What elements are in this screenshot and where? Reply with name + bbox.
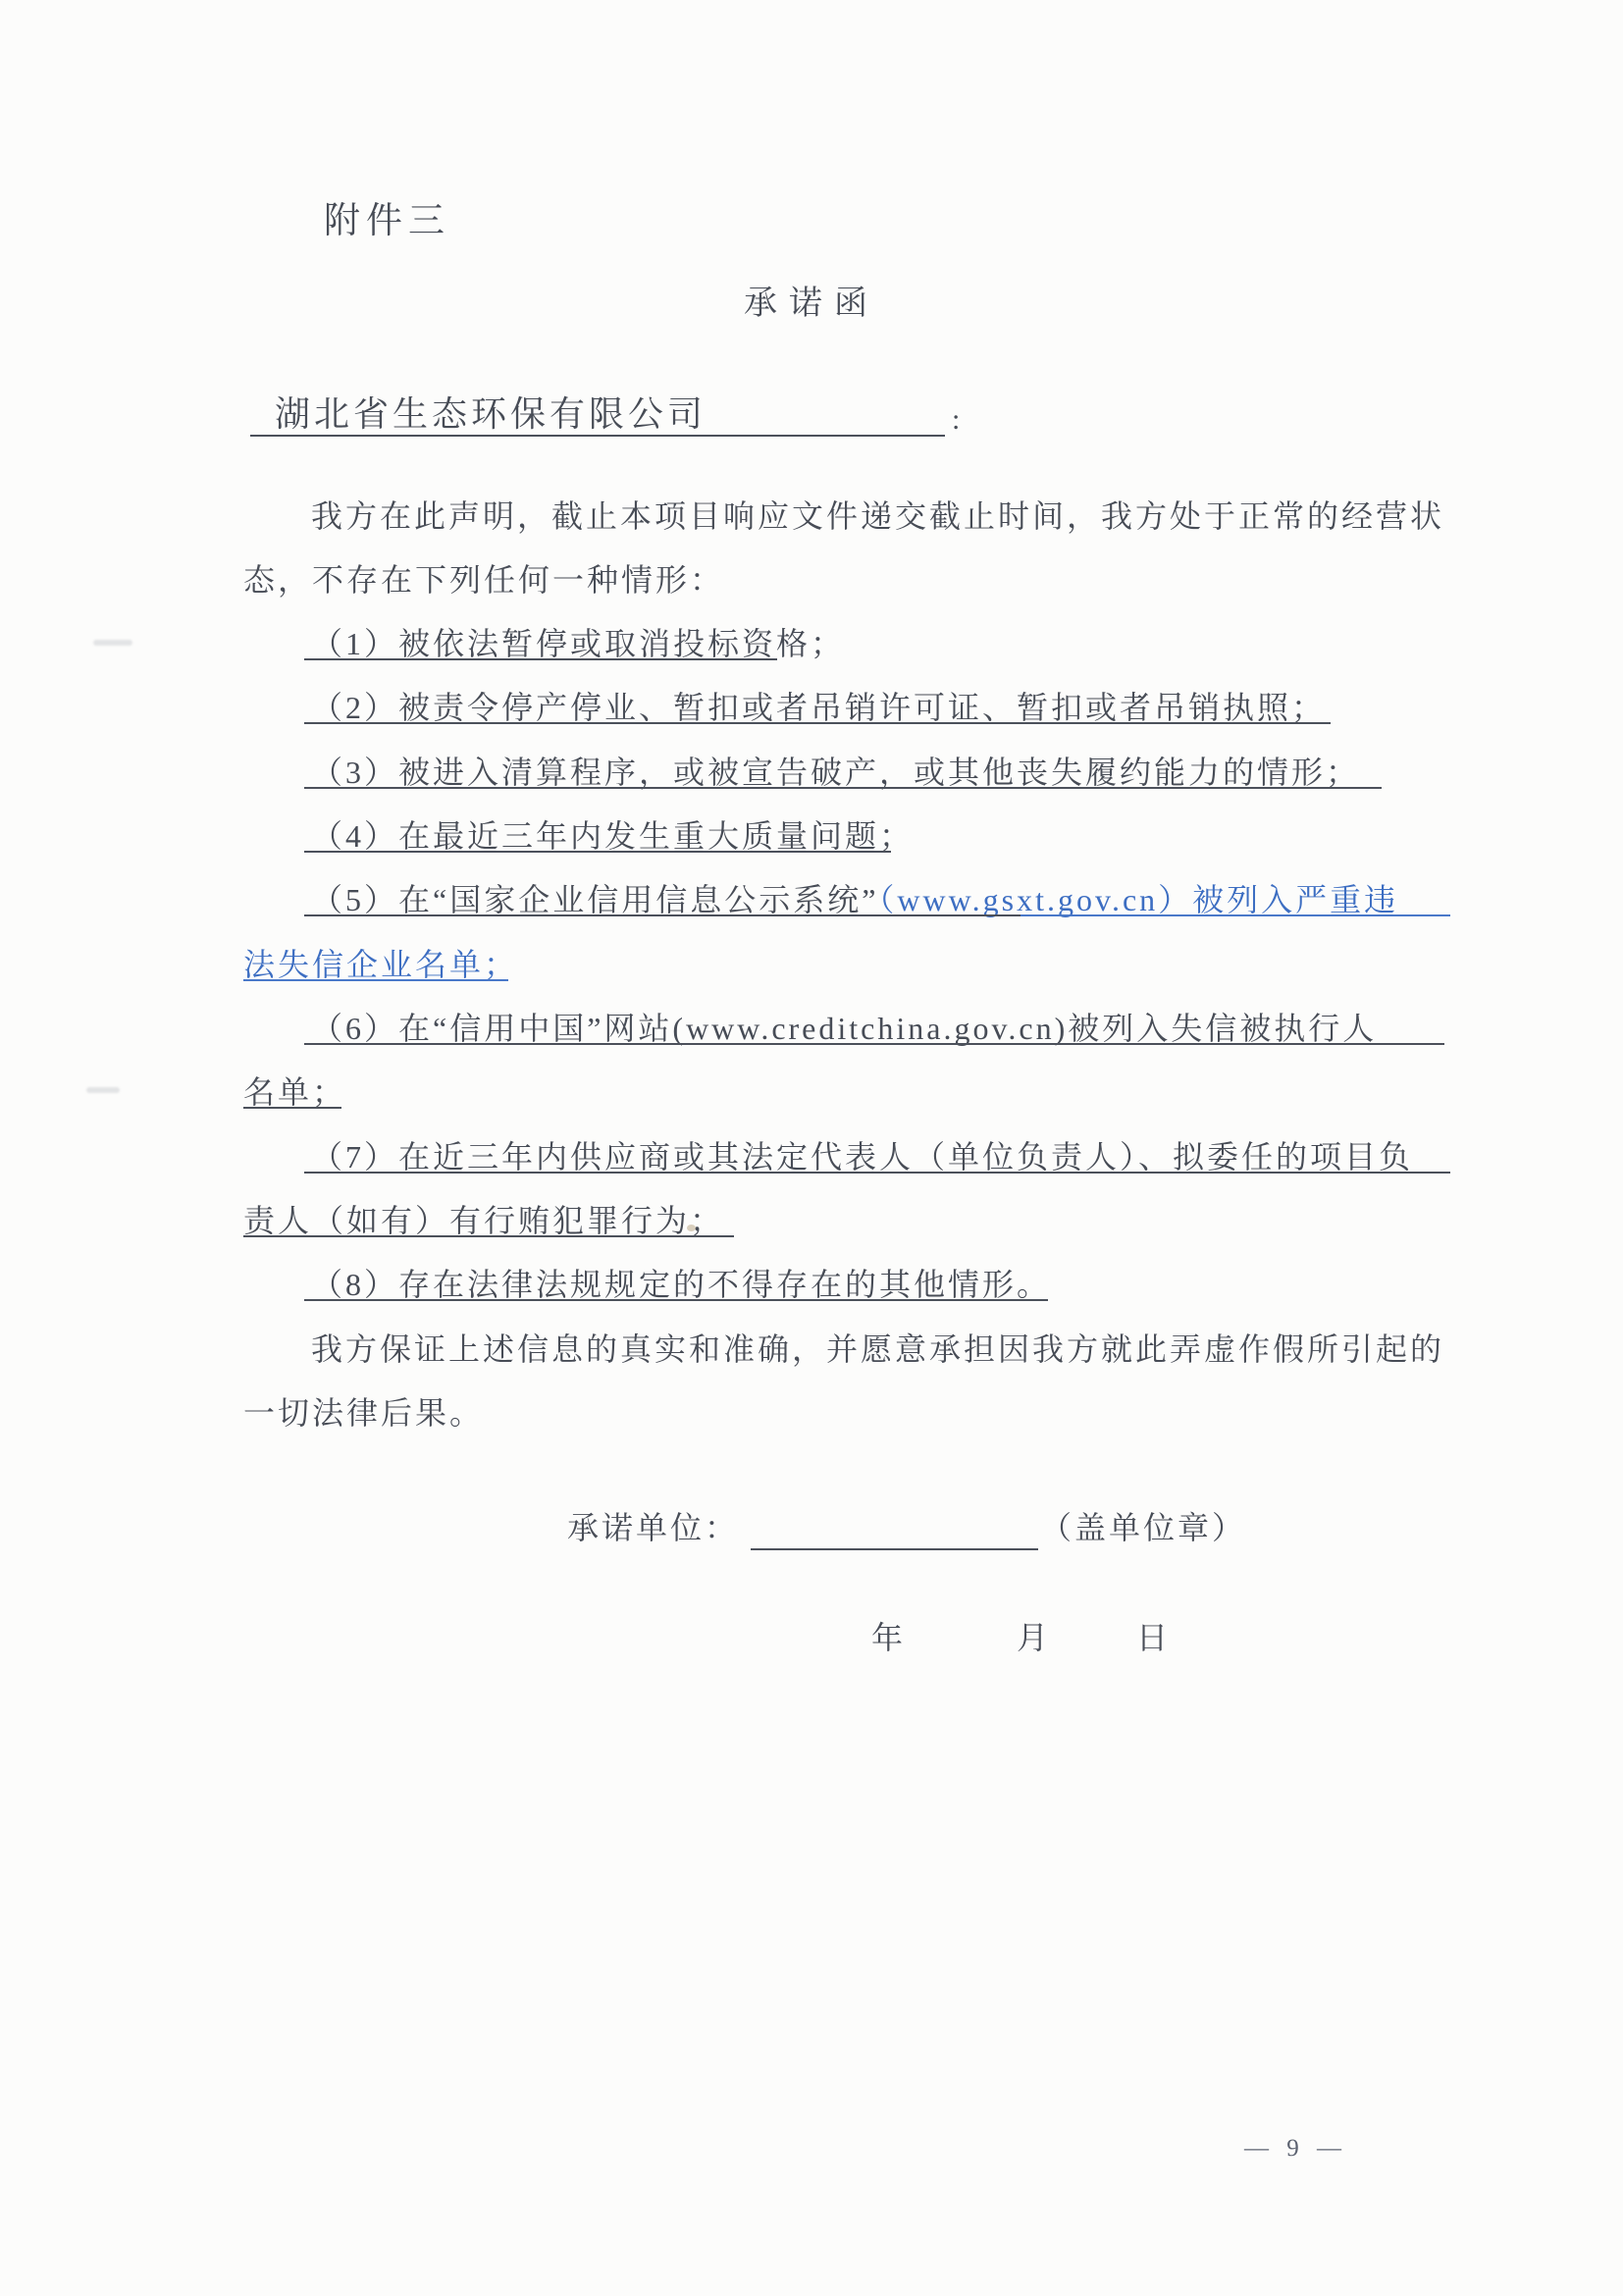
condition-7-line2-underline <box>243 1235 734 1237</box>
condition-5-line2-underline <box>243 979 508 981</box>
signature-unit-label: 承诺单位： <box>567 1510 739 1545</box>
signature-blank-underline <box>751 1548 1038 1550</box>
condition-8: （8）存在法律法规规定的不得存在的其他情形。 <box>311 1267 1051 1302</box>
date-month-label: 月 <box>1017 1620 1051 1655</box>
condition-5-underline-blue <box>1021 914 1450 916</box>
condition-3: （3）被进入清算程序，或被宣告破产，或其他丧失履约能力的情形； <box>311 755 1360 790</box>
condition-6-underline <box>304 1043 1444 1045</box>
condition-3-underline <box>304 787 1382 789</box>
company-name-underline <box>250 435 945 437</box>
condition-2: （2）被责令停产停业、暂扣或者吊销许可证、暂扣或者吊销执照； <box>311 690 1326 725</box>
scanned-document-page: 附件三 承诺函 湖北省生态环保有限公司 : 我方在此声明，截止本项目响应文件递交… <box>0 0 1623 2296</box>
closing-line-1: 我方保证上述信息的真实和准确，并愿意承担因我方就此弄虚作假所引起的 <box>311 1331 1444 1367</box>
scan-artifact <box>86 1087 120 1093</box>
condition-5-link[interactable]: （www.gsxt.gov.cn）被列入严重违 <box>878 882 1398 917</box>
condition-5-line2-link[interactable]: 法失信企业名单； <box>243 947 518 982</box>
condition-1: （1）被依法暂停或取消投标资格； <box>311 626 845 661</box>
signature-seal-note: （盖单位章） <box>1040 1510 1246 1545</box>
attachment-label: 附件三 <box>324 204 450 239</box>
condition-6-line1: （6）在“信用中国”网站(www.creditchina.gov.cn)被列入失… <box>311 1011 1377 1046</box>
scan-speck <box>687 1225 696 1231</box>
condition-6-line2-underline <box>243 1107 341 1109</box>
page-number: — 9 — <box>1244 2131 1347 2166</box>
condition-6-line2: 名单； <box>243 1074 346 1110</box>
condition-4-underline <box>304 851 891 853</box>
company-name: 湖北省生态环保有限公司 <box>275 396 707 432</box>
condition-1-underline <box>304 658 777 660</box>
date-year-label: 年 <box>871 1620 906 1655</box>
scan-artifact <box>93 640 132 646</box>
closing-line-2: 一切法律后果。 <box>243 1395 484 1431</box>
condition-8-underline <box>304 1299 1048 1301</box>
salutation-colon: : <box>952 402 963 438</box>
document-title: 承诺函 <box>0 287 1623 322</box>
condition-5-underline-dark <box>304 914 1021 916</box>
condition-7-line2: 责人（如有）有行贿犯罪行为； <box>243 1203 724 1238</box>
condition-5-prefix: （5）在“国家企业信用信息公示系统” <box>311 882 878 917</box>
condition-4: （4）在最近三年内发生重大质量问题； <box>311 818 914 854</box>
declaration-line-2: 态，不存在下列任何一种情形： <box>243 562 724 598</box>
condition-2-underline <box>304 722 1331 724</box>
condition-7-line1: （7）在近三年内供应商或其法定代表人（单位负责人）、拟委任的项目负 <box>311 1139 1413 1174</box>
condition-7-underline <box>304 1172 1450 1174</box>
date-day-label: 日 <box>1136 1620 1171 1655</box>
declaration-line-1: 我方在此声明，截止本项目响应文件递交截止时间，我方处于正常的经营状 <box>311 498 1444 534</box>
